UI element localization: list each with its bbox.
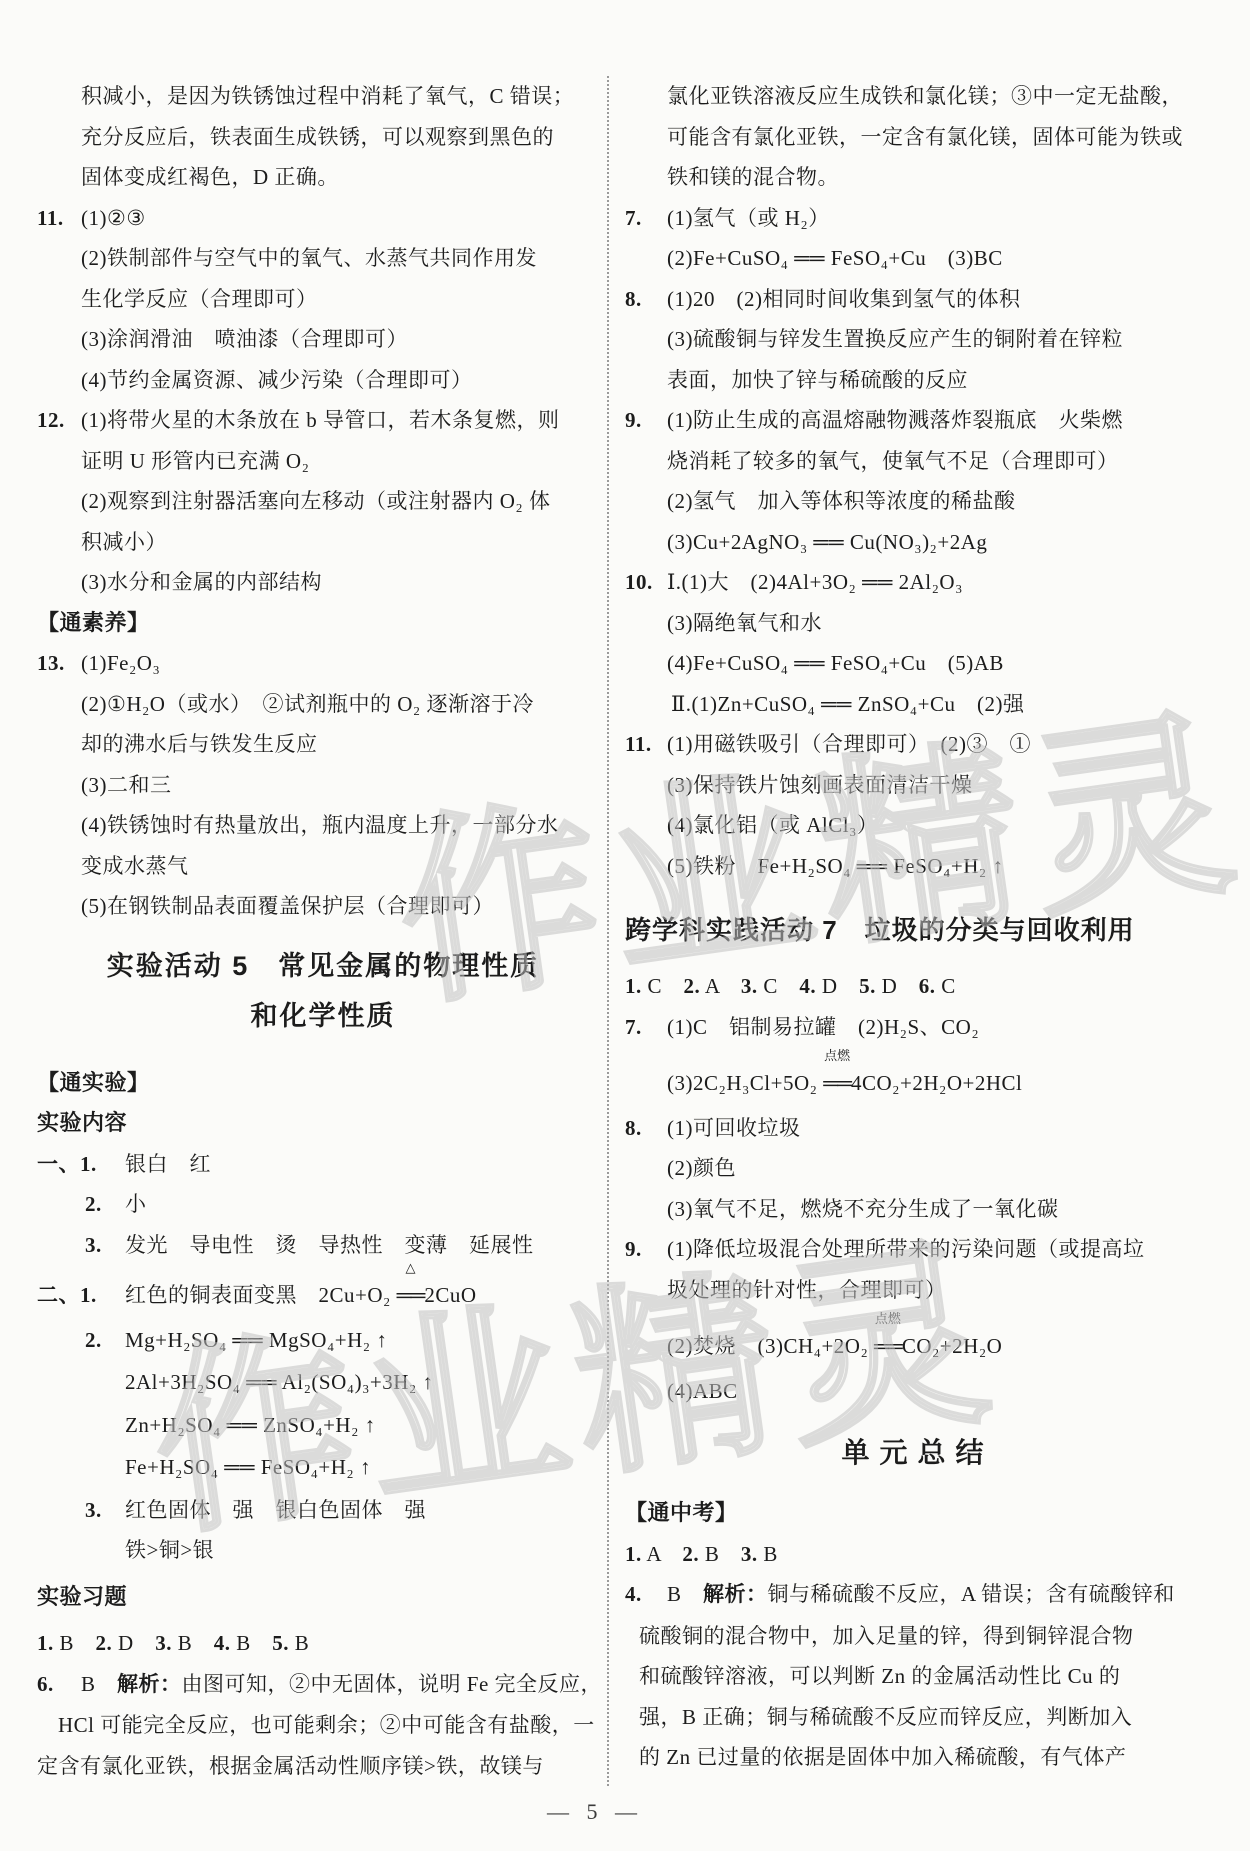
reaction-condition: 点燃══ (823, 1063, 851, 1104)
text-line: (4)Fe+CuSO₄ ══ FeSO₄+Cu (5)AB (625, 643, 1210, 684)
text-line: 6.B 解析：由图可知，②中无固体，说明 Fe 完全反应， (37, 1664, 609, 1706)
text-line: 3.红色固体 强 银白色固体 强 (37, 1490, 609, 1531)
text-line: 11.(1)用磁铁吸引（合理即可） (2)③ ① (625, 724, 1210, 765)
condition-text: 点燃 (824, 1049, 850, 1062)
text-line: (3)隔绝氧气和水 (625, 603, 1210, 644)
left-column: 积减小，是因为铁锈蚀过程中消耗了氧气，C 错误；充分反应后，铁表面生成铁锈，可以… (37, 76, 609, 1786)
answer-number: 2. (96, 1631, 113, 1655)
text-line: 积减小，是因为铁锈蚀过程中消耗了氧气，C 错误； (37, 76, 609, 117)
text-line: 证明 U 形管内已充满 O₂ (37, 441, 609, 482)
item-number: 7. (625, 1007, 667, 1048)
answer-number: 6. (919, 974, 936, 998)
text-line: (4)氯化铝（或 AlCl₃） (625, 805, 1210, 846)
item-number: 3. (37, 1225, 125, 1266)
text-line: (2)铁制部件与空气中的氧气、水蒸气共同作用发 (37, 238, 609, 279)
line-text: (1)将带火星的木条放在 b 导管口，若木条复燃，则 (81, 408, 560, 432)
line-text: (1)可回收垃圾 (667, 1116, 801, 1140)
text-line: 11.(1)②③ (37, 198, 609, 239)
text-line: 8.(1)可回收垃圾 (625, 1108, 1210, 1149)
line-text: (1)Fe₂O₃ (81, 651, 160, 675)
answer-number: 1. (37, 1631, 54, 1655)
condition-text: 点燃 (875, 1312, 901, 1325)
text-line: (3)保持铁片蚀刻画表面清洁干燥 (625, 765, 1210, 806)
line-text: Mg+H₂SO₄ ══ MgSO₄+H₂ ↑ (125, 1328, 387, 1352)
text-line: 9.(1)降低垃圾混合处理所带来的污染问题（或提高垃 (625, 1229, 1210, 1270)
item-number: 11. (37, 198, 81, 239)
line-text: Ⅰ.(1)大 (2)4Al+3O₂ ══ 2Al₂O₃ (667, 570, 963, 594)
page-number: — 5 — (0, 1799, 1190, 1825)
line-text: (1)防止生成的高温熔融物溅落炸裂瓶底 火柴燃 (667, 408, 1123, 432)
item-number: 8. (625, 1108, 667, 1149)
answer-number: 3. (155, 1631, 172, 1655)
answer-number: 3. (741, 974, 758, 998)
section-heading: 跨学科实践活动 7 垃圾的分类与回收利用 (625, 906, 1210, 954)
item-number: 12. (37, 400, 81, 441)
item-number: 二、1. (37, 1275, 125, 1316)
text-line: 强，B 正确；铜与稀硫酸不反应而锌反应，判断加入 (625, 1697, 1210, 1738)
text-line: 2.小 (37, 1184, 609, 1225)
double-equals: ══ (874, 1334, 902, 1358)
text-line: (4)铁锈蚀时有热量放出，瓶内温度上升，一部分水 (37, 805, 609, 846)
line-text: (1)降低垃圾混合处理所带来的污染问题（或提高垃 (667, 1237, 1145, 1261)
text-line: 定含有氯化亚铁，根据金属活动性顺序镁>铁，故镁与 (37, 1746, 609, 1787)
text-line: (5)在钢铁制品表面覆盖保护层（合理即可） (37, 886, 609, 927)
analysis-label: 解析： (117, 1673, 182, 1696)
line-text: 红色固体 强 银白色固体 强 (125, 1498, 426, 1522)
line-text: 红色的铜表面变黑 2Cu+O₂ △══2CuO (125, 1283, 477, 1307)
text-line: 充分反应后，铁表面生成铁锈，可以观察到黑色的 (37, 117, 609, 158)
item-number: 7. (625, 198, 667, 239)
text-line: Zn+H₂SO₄ ══ ZnSO₄+H₂ ↑ (37, 1405, 609, 1446)
text-line: (2)观察到注射器活塞向左移动（或注射器内 O₂ 体 (37, 481, 609, 522)
answer-number: 5. (859, 974, 876, 998)
answer-number: 1. (625, 974, 642, 998)
answer-number: 2. (684, 974, 701, 998)
text-line: 的 Zn 已过量的依据是固体中加入稀硫酸，有气体产 (625, 1737, 1210, 1778)
line-text: (1)20 (2)相同时间收集到氢气的体积 (667, 287, 1020, 311)
text-line: 【通素养】 (37, 603, 609, 644)
text-line: 铁>铜>银 (37, 1530, 609, 1571)
item-number: 11. (625, 724, 667, 765)
answer-number: 5. (272, 1631, 289, 1655)
text-line: 4.B 解析：铜与稀硫酸不反应，A 错误；含有硫酸锌和 (625, 1574, 1210, 1616)
text-line: 表面，加快了锌与稀硫酸的反应 (625, 360, 1210, 401)
text-line: 12.(1)将带火星的木条放在 b 导管口，若木条复燃，则 (37, 400, 609, 441)
text-line: 【通实验】 (37, 1063, 609, 1104)
answer-number: 4. (799, 974, 816, 998)
item-number: 9. (625, 400, 667, 441)
answer-number: 3. (741, 1542, 758, 1566)
text-line: 【通中考】 (625, 1493, 1210, 1534)
text-line: 1. B 2. D 3. B 4. B 5. B (37, 1623, 609, 1664)
text-line: 13.(1)Fe₂O₃ (37, 643, 609, 684)
text-line: 氯化亚铁溶液反应生成铁和氯化镁；③中一定无盐酸， (625, 76, 1210, 117)
answer-key-page: 作业精灵 作业精灵 积减小，是因为铁锈蚀过程中消耗了氧气，C 错误；充分反应后，… (0, 0, 1250, 1851)
item-number: 4. (625, 1574, 667, 1615)
text-line: (2)①H₂O（或水） ②试剂瓶中的 O₂ 逐渐溶于冷 (37, 684, 609, 725)
section-heading: 单元总结 (625, 1427, 1210, 1479)
text-line: 8.(1)20 (2)相同时间收集到氢气的体积 (625, 279, 1210, 320)
item-number: 3. (37, 1490, 125, 1531)
line-text: B 解析：铜与稀硫酸不反应，A 错误；含有硫酸锌和 (667, 1582, 1175, 1606)
section-heading: 和化学性质 (37, 991, 609, 1041)
reaction-condition: 点燃══ (874, 1326, 902, 1367)
text-line: 变成水蒸气 (37, 846, 609, 887)
text-line: (5)铁粉 Fe+H₂SO₄ ══ FeSO₄+H₂ ↑ (625, 846, 1210, 887)
text-line: 7.(1)氢气（或 H₂） (625, 198, 1210, 239)
item-number: 9. (625, 1229, 667, 1270)
text-line: 可能含有氯化亚铁，一定含有氯化镁，固体可能为铁或 (625, 117, 1210, 158)
line-text: (1)氢气（或 H₂） (667, 206, 830, 230)
double-equals: ══ (823, 1071, 851, 1095)
reaction-condition: △══ (397, 1275, 425, 1316)
text-line: (3)水分和金属的内部结构 (37, 562, 609, 603)
item-number: 10. (625, 562, 667, 603)
text-line: (3)氧气不足，燃烧不充分生成了一氧化碳 (625, 1189, 1210, 1230)
item-number: 13. (37, 643, 81, 684)
answer-number: 4. (214, 1631, 231, 1655)
text-line: Fe+H₂SO₄ ══ FeSO₄+H₂ ↑ (37, 1447, 609, 1488)
text-line: 圾处理的针对性，合理即可） (625, 1270, 1210, 1311)
text-line: 一、1.银白 红 (37, 1144, 609, 1185)
text-line: 积减小） (37, 522, 609, 563)
text-line: 1. A 2. B 3. B (625, 1534, 1210, 1575)
item-number: 8. (625, 279, 667, 320)
text-line: (2)颜色 (625, 1148, 1210, 1189)
line-text: (1)②③ (81, 206, 146, 230)
text-line: 7.(1)C 铝制易拉罐 (2)H₂S、CO₂ (625, 1007, 1210, 1048)
text-line: (3)Cu+2AgNO₃ ══ Cu(NO₃)₂+2Ag (625, 522, 1210, 563)
answer-number: 2. (682, 1542, 699, 1566)
text-line: (2)焚烧 (3)CH₄+2O₂ 点燃══CO₂+2H₂O (625, 1326, 1210, 1367)
text-line: (3)硫酸铜与锌发生置换反应产生的铜附着在锌粒 (625, 319, 1210, 360)
right-column: 氯化亚铁溶液反应生成铁和氯化镁；③中一定无盐酸，可能含有氯化亚铁，一定含有氯化镁… (607, 76, 1210, 1786)
analysis-label: 解析： (703, 1583, 768, 1606)
text-line: 10.Ⅰ.(1)大 (2)4Al+3O₂ ══ 2Al₂O₃ (625, 562, 1210, 603)
text-line: 实验内容 (37, 1103, 609, 1144)
text-line: 铁和镁的混合物。 (625, 157, 1210, 198)
item-number: 6. (37, 1664, 81, 1705)
text-line: (3)涂润滑油 喷油漆（合理即可） (37, 319, 609, 360)
text-line: 固体变成红褐色，D 正确。 (37, 157, 609, 198)
text-line: 硫酸铜的混合物中，加入足量的锌，得到铜锌混合物 (625, 1616, 1210, 1657)
text-line: 二、1.红色的铜表面变黑 2Cu+O₂ △══2CuO (37, 1275, 609, 1316)
text-line: (4)ABC (625, 1371, 1210, 1412)
text-line: Ⅱ.(1)Zn+CuSO₄ ══ ZnSO₄+Cu (2)强 (625, 684, 1210, 725)
line-text: (1)用磁铁吸引（合理即可） (2)③ ① (667, 732, 1031, 756)
text-line: 1. C 2. A 3. C 4. D 5. D 6. C (625, 966, 1210, 1007)
item-number: 2. (37, 1320, 125, 1361)
item-number: 一、1. (37, 1144, 125, 1185)
line-text: (1)C 铝制易拉罐 (2)H₂S、CO₂ (667, 1015, 979, 1039)
text-line: (2)氢气 加入等体积等浓度的稀盐酸 (625, 481, 1210, 522)
item-number: 2. (37, 1184, 125, 1225)
line-text: 银白 红 (125, 1152, 211, 1176)
text-line: 实验习题 (37, 1577, 609, 1618)
line-text: B 解析：由图可知，②中无固体，说明 Fe 完全反应， (81, 1672, 602, 1696)
text-line: 和硫酸锌溶液，可以判断 Zn 的金属活动性比 Cu 的 (625, 1656, 1210, 1697)
section-heading: 实验活动 5 常见金属的物理性质 (37, 941, 609, 991)
double-equals: ══ (397, 1283, 425, 1307)
answer-number: 1. (625, 1542, 642, 1566)
text-line: 2.Mg+H₂SO₄ ══ MgSO₄+H₂ ↑ (37, 1320, 609, 1361)
text-line: 烧消耗了较多的氧气，使氧气不足（合理即可） (625, 441, 1210, 482)
text-line: 3.发光 导电性 烫 导热性 变薄 延展性 (37, 1225, 609, 1266)
text-line: 9.(1)防止生成的高温熔融物溅落炸裂瓶底 火柴燃 (625, 400, 1210, 441)
condition-text: △ (405, 1261, 415, 1274)
text-line: HCl 可能完全反应，也可能剩余；②中可能含有盐酸，一 (37, 1705, 609, 1746)
text-line: 2Al+3H₂SO₄ ══ Al₂(SO₄)₃+3H₂ ↑ (37, 1362, 609, 1403)
text-line: (3)二和三 (37, 765, 609, 806)
line-text: 发光 导电性 烫 导热性 变薄 延展性 (125, 1233, 534, 1257)
line-text: 小 (125, 1192, 147, 1216)
two-column-layout: 积减小，是因为铁锈蚀过程中消耗了氧气，C 错误；充分反应后，铁表面生成铁锈，可以… (0, 0, 1250, 1786)
text-line: (4)节约金属资源、减少污染（合理即可） (37, 360, 609, 401)
text-line: (2)Fe+CuSO₄ ══ FeSO₄+Cu (3)BC (625, 238, 1210, 279)
text-line: (3)2C₂H₃Cl+5O₂ 点燃══4CO₂+2H₂O+2HCl (625, 1063, 1210, 1104)
text-line: 生化学反应（合理即可） (37, 279, 609, 320)
text-line: 却的沸水后与铁发生反应 (37, 724, 609, 765)
